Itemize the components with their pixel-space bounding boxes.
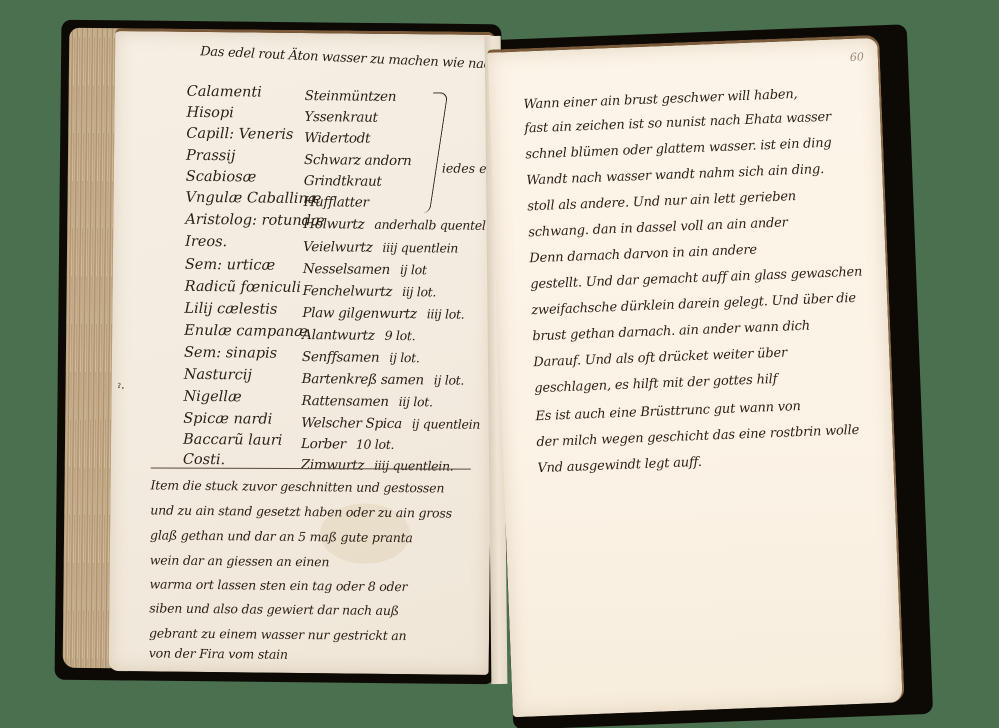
text-line: schwang. dan in dassel voll an ain ander <box>528 215 788 240</box>
ingredient-amount: iiij quentlein. <box>374 458 453 474</box>
ingredient-name: Fenchelwurtz <box>303 283 393 300</box>
recipe-heading: Das edel rout Äton wasser zu machen wie … <box>200 44 528 74</box>
text-line: Denn darnach darvon in ain andere <box>529 243 757 267</box>
text-line: gebrant zu einem wasser nur gestrickt an <box>149 625 407 643</box>
text-line: gestellt. Und dar gemacht auff ain glass… <box>530 265 862 293</box>
ingredient-name: Zimwurtz <box>301 457 365 474</box>
ingredient-amount: iiij quentlein <box>382 240 458 256</box>
ingredient-amount: ij quentlein <box>412 416 480 432</box>
latin-ingredient: Lilij cælestis <box>184 301 277 318</box>
latin-ingredient-list: Calamenti Hisopi Capill: Veneris Prassij… <box>115 31 495 35</box>
text-line: und zu ain stand gesetzt haben oder zu a… <box>150 502 452 520</box>
text-line: wein dar an giessen an einen <box>150 552 330 569</box>
german-ingredient: Fenchelwurtziij lot. <box>303 283 437 300</box>
latin-ingredient: Ireos. <box>185 234 227 250</box>
german-ingredient: Hufflatter <box>303 194 378 211</box>
ingredient-name: Yssenkraut <box>304 109 377 126</box>
latin-ingredient: Sem: sinapis <box>184 345 277 362</box>
german-ingredient: Holwurtzanderhalb quentel. <box>303 216 489 234</box>
german-ingredient: Rattensameniij lot. <box>301 393 432 410</box>
ingredient-amount: ij lot <box>400 262 427 277</box>
ingredient-name: Schwarz andorn <box>304 152 412 169</box>
latin-ingredient: Nasturcij <box>184 367 252 384</box>
text-line: siben und also das gewiert dar nach auß <box>149 600 399 618</box>
ingredient-name: Lorber <box>301 436 346 452</box>
latin-ingredient: Scabiosæ <box>186 169 257 186</box>
ingredient-name: Nesselsamen <box>303 261 390 278</box>
ingredient-name: Alantwurtz <box>302 327 375 344</box>
text-line: Darauf. Und als oft drücket weiter über <box>533 345 787 370</box>
latin-ingredient: Vngulæ Caballinæ <box>186 190 322 207</box>
german-ingredient: Steinmüntzen <box>305 88 407 105</box>
latin-ingredient: Nigellæ <box>183 389 241 406</box>
manuscript-book: ˀ· Das edel rout Äton wasser zu machen w… <box>0 0 999 728</box>
latin-ingredient: Sem: urticæ <box>185 257 275 274</box>
ingredient-amount: ij lot. <box>434 372 464 387</box>
german-ingredient: Senffsamenij lot. <box>302 349 420 366</box>
folio-number: 60 <box>850 50 864 64</box>
german-ingredient: Zimwurtziiij quentlein. <box>301 457 454 475</box>
latin-ingredient: Costi. <box>183 452 226 468</box>
latin-ingredient: Baccarũ lauri <box>183 432 282 449</box>
ingredient-amount: iij lot. <box>399 394 433 409</box>
german-ingredient: Welscher Spicaij quentlein <box>301 415 480 433</box>
ingredient-name: Steinmüntzen <box>305 88 397 105</box>
ingredient-name: Bartenkreß samen <box>302 371 424 388</box>
ingredient-name: Plaw gilgenwurtz <box>302 305 417 322</box>
german-ingredient: Schwarz andorn <box>304 152 422 169</box>
german-ingredient: Nesselsamenij lot <box>303 261 427 278</box>
ingredient-name: Widertodt <box>304 130 370 147</box>
ingredient-amount: 9 lot. <box>385 328 416 343</box>
ingredient-amount: ij lot. <box>389 350 419 365</box>
ingredient-name: Hufflatter <box>303 194 368 211</box>
text-line: stoll als andere. Und nur ain lett gerie… <box>527 189 796 214</box>
latin-ingredient: Spicæ nardi <box>183 411 272 428</box>
latin-ingredient: Radicũ fœniculi <box>185 279 301 296</box>
text-line: fast ain zeichen ist so nunist nach Ehat… <box>524 110 831 137</box>
ingredient-name: Holwurtz <box>303 216 364 233</box>
text-line: warma ort lassen sten ein tag oder 8 ode… <box>149 576 407 594</box>
latin-ingredient: Capill: Veneris <box>186 126 293 143</box>
text-line: Item die stuck zuvor geschnitten und ges… <box>151 477 445 495</box>
text-line: Vnd ausgewindt legt auff. <box>537 455 702 476</box>
text-line: zweifachsche dürklein darein gelegt. Und… <box>531 291 856 318</box>
german-ingredient: Bartenkreß samenij lot. <box>302 371 465 389</box>
text-line: brust gethan darnach. ain ander wann dic… <box>532 319 810 345</box>
german-ingredient: Lorber10 lot. <box>301 436 394 453</box>
german-ingredient: Plaw gilgenwurtziiij lot. <box>302 305 464 323</box>
german-ingredient: Veielwurtziiij quentlein <box>303 239 458 257</box>
german-ingredient: Grindtkraut <box>304 173 392 190</box>
german-ingredient-list: Steinmüntzen Yssenkraut Widertodt Schwar… <box>115 31 495 35</box>
ingredient-name: Rattensamen <box>301 393 388 410</box>
text-line: Wandt nach wasser wandt nahm sich ain di… <box>526 162 824 188</box>
text-line: geschlagen, es hilft mit der gottes hilf <box>534 372 777 396</box>
ingredient-name: Senffsamen <box>302 349 380 366</box>
text-line: der milch wegen geschicht das eine rostb… <box>536 423 859 450</box>
text-line: Wann einer ain brust geschwer will haben… <box>523 87 798 113</box>
latin-ingredient: Calamenti <box>187 84 262 101</box>
right-page: 60 Wann einer ain brust geschwer will ha… <box>487 35 904 718</box>
ingredient-amount: iiij lot. <box>427 306 465 321</box>
ingredient-name: Grindtkraut <box>304 173 382 190</box>
latin-ingredient: Prassij <box>186 148 236 165</box>
german-ingredient: Alantwurtz9 lot. <box>302 327 415 344</box>
latin-ingredient: Enulæ campanæ <box>184 323 308 340</box>
left-page: ˀ· Das edel rout Äton wasser zu machen w… <box>109 28 496 675</box>
ingredient-amount: 10 lot. <box>356 437 394 452</box>
text-line: von der Fira vom stain <box>149 645 288 661</box>
left-paragraph: Item die stuck zuvor geschnitten und ges… <box>115 31 495 35</box>
ingredient-amount: anderhalb quentel. <box>374 217 489 233</box>
text-line: glaß gethan und dar an 5 maß gute pranta <box>150 527 413 545</box>
german-ingredient: Widertodt <box>304 130 380 147</box>
text-line: schnel blümen oder glattem wasser. ist e… <box>525 136 832 163</box>
ingredient-name: Veielwurtz <box>303 239 373 256</box>
german-ingredient: Yssenkraut <box>304 109 387 126</box>
ingredient-amount: iij lot. <box>402 284 436 299</box>
ingredient-name: Welscher Spica <box>301 415 402 432</box>
margin-mark: ˀ· <box>118 381 125 395</box>
text-line: Es ist auch eine Brüsttrunc gut wann von <box>535 399 801 424</box>
latin-ingredient: Hisopi <box>186 105 234 121</box>
